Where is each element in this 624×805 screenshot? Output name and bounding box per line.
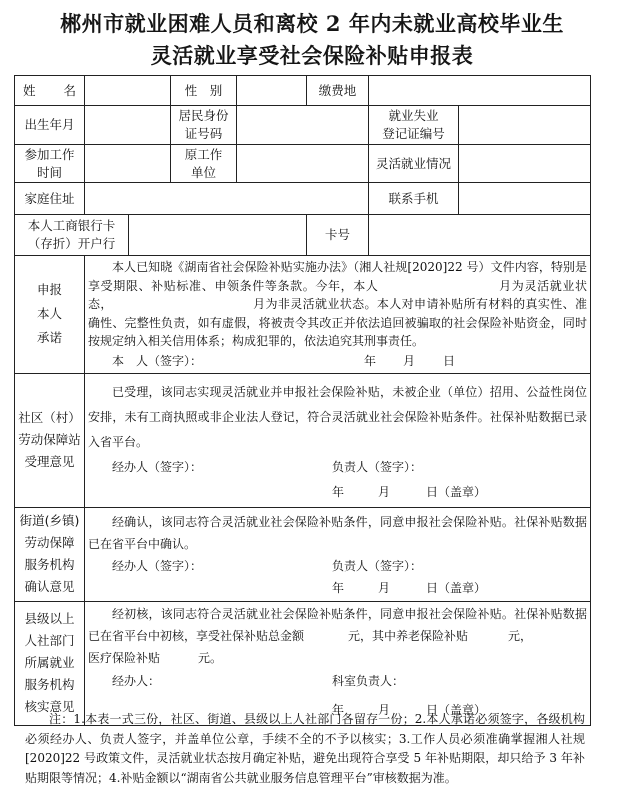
community-date-month: 月 (378, 480, 390, 505)
street-handler-label: 经办人（签字）： (112, 555, 202, 577)
id-label-line-1: 居民身份 (171, 107, 236, 125)
reg-label-line-1: 就业失业 (369, 107, 458, 125)
street-label-line-2: 劳动保障 (15, 532, 84, 554)
work-start-field[interactable] (85, 145, 171, 183)
county-handler-label: 经办人： (112, 670, 160, 692)
community-opinion-label: 社区（村） 劳动保障站 受理意见 (15, 373, 85, 507)
phone-field[interactable] (459, 183, 591, 215)
community-content: 已受理，该同志实现灵活就业并申报社会保险补贴，未被企业（单位）招用、公益性岗位安… (85, 373, 591, 507)
previous-unit-label: 原工作 单位 (171, 145, 237, 183)
street-head-label: 负责人（签字）： (332, 555, 422, 577)
address-label: 家庭住址 (15, 183, 85, 215)
work-start-label: 参加工作 时间 (15, 145, 85, 183)
street-signature-row: 经办人（签字）： 负责人（签字）： (88, 555, 587, 577)
work-start-label-line-1: 参加工作 (15, 146, 84, 164)
county-opinion-label: 县级以上 人社部门 所属就业 服务机构 核实意见 (15, 601, 85, 725)
name-field[interactable] (85, 76, 171, 106)
pledge-text: 本人已知晓《湖南省社会保险补贴实施办法》（湘人社规[2020]22 号）文件内容… (88, 258, 587, 351)
street-label-line-3: 服务机构 (15, 554, 84, 576)
county-label-line-3: 所属就业 (15, 652, 84, 674)
card-number-label: 卡号 (307, 215, 369, 256)
registration-number-field[interactable] (459, 106, 591, 145)
gender-label: 性 别 (171, 76, 237, 106)
id-number-label: 居民身份 证号码 (171, 106, 237, 145)
community-date-year: 年 (332, 480, 344, 505)
county-text-part-4: 医疗保险补贴 (88, 651, 160, 665)
community-handler-label: 经办人（签字）： (112, 455, 202, 480)
name-label: 姓 名 (15, 76, 85, 106)
phone-label: 联系手机 (369, 183, 459, 215)
bank-field[interactable] (129, 215, 307, 256)
community-signature-row: 经办人（签字）： 负责人（签字）： (88, 455, 587, 480)
community-label-line-3: 受理意见 (15, 451, 84, 473)
bank-label-line-1: 本人工商银行卡 (15, 217, 128, 235)
work-start-label-line-2: 时间 (15, 164, 84, 182)
county-text: 经初核，该同志符合灵活就业社会保险补贴条件，同意申报社会保险补贴。社保补贴数据已… (88, 603, 587, 669)
application-form-table: 姓 名 性 别 缴费地 出生年月 居民身份 证号码 就业失业 登记证编号 参加工… (14, 75, 591, 726)
form-title-line-1: 郴州市就业困难人员和离校 2 年内未就业高校毕业生 (0, 8, 624, 38)
county-text-part-5: 元。 (198, 651, 222, 665)
gender-field[interactable] (237, 76, 307, 106)
form-title-line-2: 灵活就业享受社会保险补贴申报表 (0, 40, 624, 70)
street-content: 经确认，该同志符合灵活就业社会保险补贴条件，同意申报社会保险补贴。社保补贴数据已… (85, 507, 591, 601)
flex-status-label: 灵活就业情况 (369, 145, 459, 183)
applicant-signature-label: 本 人（签字）： (112, 352, 202, 370)
pay-place-field[interactable] (369, 76, 591, 106)
street-label-line-4: 确认意见 (15, 576, 84, 598)
county-signature-row: 经办人： 科室负责人： (88, 669, 587, 693)
pledge-label-line-2: 本人 (15, 302, 84, 326)
county-head-label: 科室负责人： (332, 670, 404, 692)
pledge-signature-row: 本 人（签字）： 年 月 日 (88, 351, 587, 371)
reg-label-line-2: 登记证编号 (369, 125, 458, 143)
id-label-line-2: 证号码 (171, 125, 236, 143)
id-number-field[interactable] (237, 106, 369, 145)
county-label-line-2: 人社部门 (15, 630, 84, 652)
community-label-line-1: 社区（村） (15, 407, 84, 429)
street-opinion-label: 街道(乡镇) 劳动保障 服务机构 确认意见 (15, 507, 85, 601)
street-label-line-1: 街道(乡镇) (15, 510, 84, 532)
card-number-field[interactable] (369, 215, 591, 256)
community-date-day: 日（盖章） (426, 480, 486, 505)
county-label-line-1: 县级以上 (15, 608, 84, 630)
street-date-month: 月 (378, 577, 390, 599)
birth-label: 出生年月 (15, 106, 85, 145)
county-label-line-4: 服务机构 (15, 674, 84, 696)
community-date-row: 年 月 日（盖章） (88, 480, 587, 505)
street-date-day: 日（盖章） (426, 577, 486, 599)
registration-number-label: 就业失业 登记证编号 (369, 106, 459, 145)
county-text-part-3: 元， (508, 629, 532, 643)
flex-status-field[interactable] (459, 145, 591, 183)
pledge-content: 本人已知晓《湖南省社会保险补贴实施办法》（湘人社规[2020]22 号）文件内容… (85, 256, 591, 374)
street-text: 经确认，该同志符合灵活就业社会保险补贴条件，同意申报社会保险补贴。社保补贴数据已… (88, 511, 587, 555)
pledge-text-part-3: 月为非灵活就业状态。本人对申请补贴所有材料的真实性、准确性、完整性负责，如有虚假… (88, 297, 587, 348)
pledge-date-day: 日 (443, 352, 455, 370)
street-date-year: 年 (332, 577, 344, 599)
pledge-label: 申报 本人 承诺 (15, 256, 85, 374)
previous-unit-field[interactable] (237, 145, 369, 183)
pledge-date-month: 月 (403, 352, 415, 370)
address-field[interactable] (85, 183, 369, 215)
pledge-date-year: 年 (364, 352, 376, 370)
county-text-part-2: 元，其中养老保险补贴 (348, 629, 468, 643)
pledge-label-line-3: 承诺 (15, 326, 84, 350)
birth-field[interactable] (85, 106, 171, 145)
community-text: 已受理，该同志实现灵活就业并申报社会保险补贴，未被企业（单位）招用、公益性岗位安… (88, 380, 587, 455)
community-head-label: 负责人（签字）： (332, 455, 422, 480)
prev-unit-label-line-2: 单位 (171, 164, 236, 182)
street-date-row: 年 月 日（盖章） (88, 577, 587, 599)
community-label-line-2: 劳动保障站 (15, 429, 84, 451)
prev-unit-label-line-1: 原工作 (171, 146, 236, 164)
pay-place-label: 缴费地 (307, 76, 369, 106)
bank-label-line-2: （存折）开户行 (15, 235, 128, 253)
county-content: 经初核，该同志符合灵活就业社会保险补贴条件，同意申报社会保险补贴。社保补贴数据已… (85, 601, 591, 725)
pledge-label-line-1: 申报 (15, 278, 84, 302)
form-notes: 注：1.本表一式三份，社区、街道、县级以上人社部门各留存一份；2.本人承诺必须签… (25, 710, 585, 788)
bank-label: 本人工商银行卡 （存折）开户行 (15, 215, 129, 256)
